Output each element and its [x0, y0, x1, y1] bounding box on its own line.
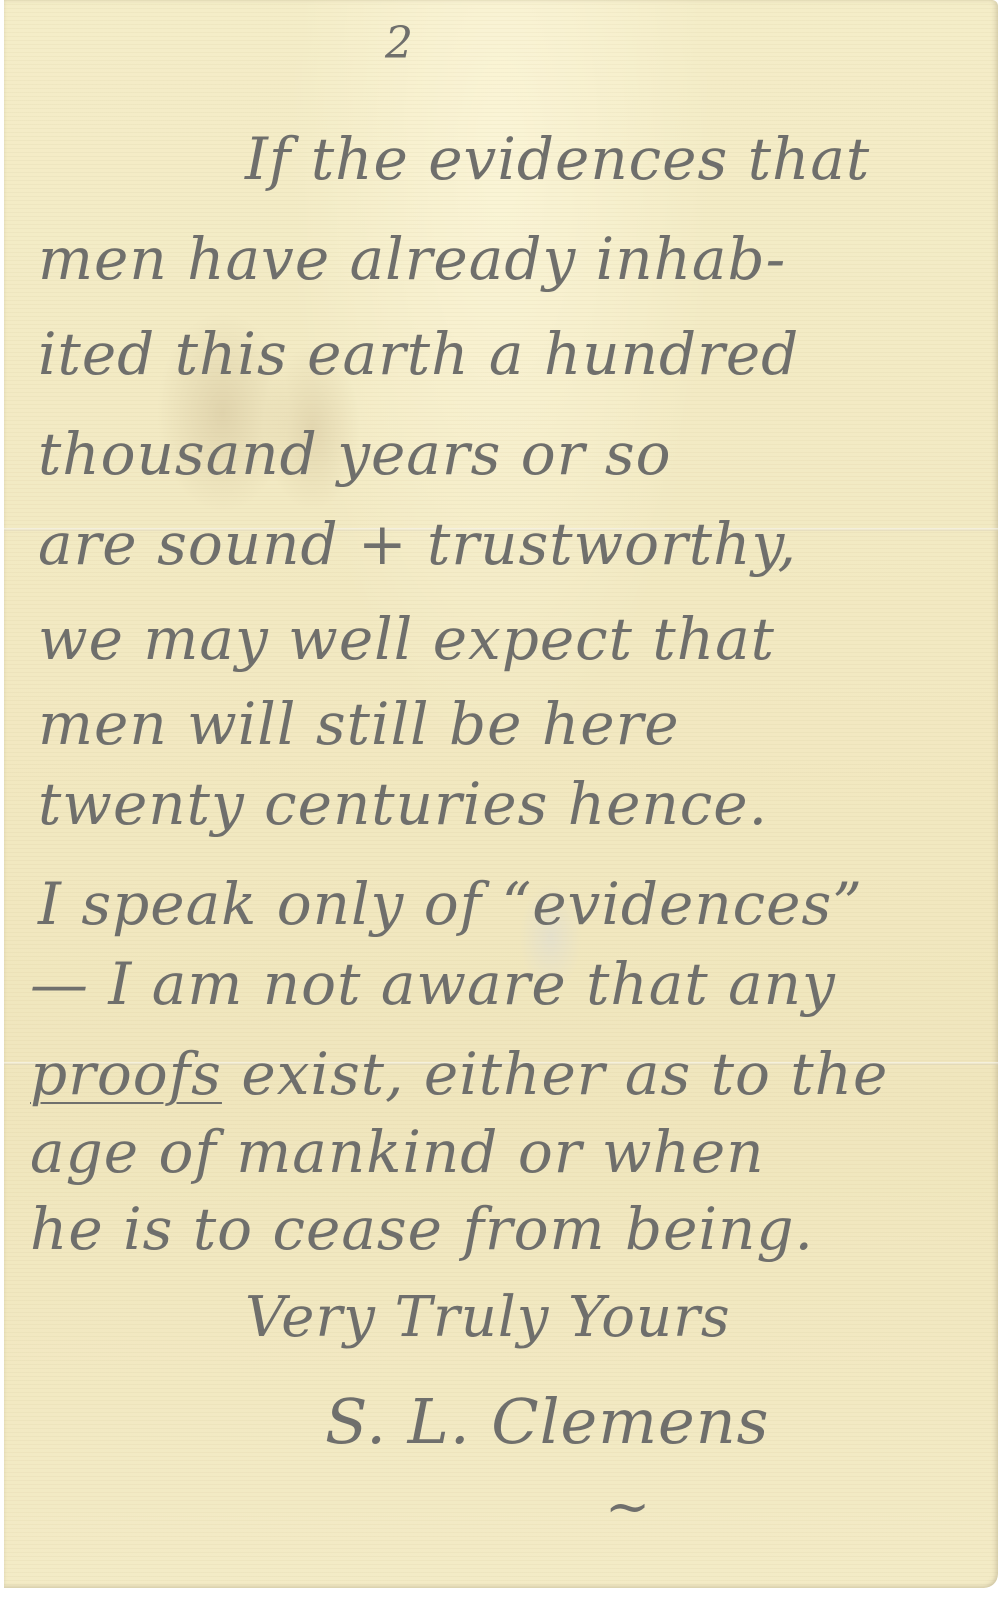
letter-line-1: If the evidences that	[245, 125, 870, 193]
letter-closing: Very Truly Yours	[245, 1285, 731, 1350]
letter-line-4: thousand years or so	[38, 420, 672, 488]
signature: S. L. Clemens	[325, 1385, 769, 1458]
letter-line-11-rest: exist, either as to the	[241, 1040, 888, 1108]
letter-line-13: he is to cease from being.	[30, 1195, 814, 1263]
letter-line-2: men have already inhab-	[38, 225, 786, 293]
letter-line-3: ited this earth a hundred	[38, 320, 799, 388]
letter-line-5: are sound + trustworthy,	[38, 510, 797, 578]
letter-line-11: proofs exist, either as to the	[30, 1040, 888, 1108]
underlined-word-proofs: proofs	[30, 1040, 222, 1108]
letter-line-10: — I am not aware that any	[30, 950, 836, 1018]
letter-line-12: age of mankind or when	[30, 1118, 765, 1186]
letter-line-7: men will still be here	[38, 690, 680, 758]
signature-flourish: ~	[605, 1475, 651, 1538]
letter-line-8: twenty centuries hence.	[38, 770, 768, 838]
letter-line-6: we may well expect that	[38, 605, 775, 673]
letter-line-9: I speak only of “evidences”	[38, 870, 863, 938]
page-number: 2	[385, 18, 414, 69]
